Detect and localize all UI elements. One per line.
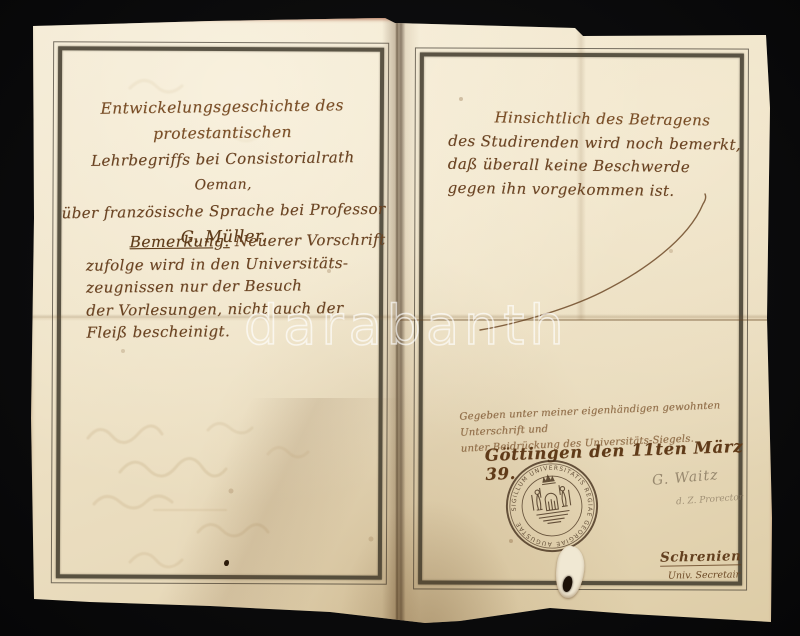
note-line: Fleiß bescheinigt. (86, 318, 404, 344)
title-line: über französische Sprache bei Professor (58, 196, 388, 227)
note-line: Neuerer Vorschrift (235, 231, 386, 251)
secretary-ink-signature-role: Univ. Secretair (668, 569, 740, 581)
note-line: zufolge wird in den Universitäts- (86, 251, 404, 277)
pen-flourish-stroke (460, 188, 720, 348)
note-label: Bemerkung. (129, 232, 229, 251)
university-seal-stamp: SIGILLUM UNIVERSITATIS REGIAE GEORGIAE A… (497, 451, 608, 562)
title-line: Entwickelungsgeschichte des protestantis… (57, 92, 388, 149)
photo-stage: Entwickelungsgeschichte des protestantis… (0, 0, 800, 636)
secretary-ink-signature: Schrenien (660, 548, 742, 566)
ink-bleedthrough-marks (58, 410, 388, 595)
note-first-line: Bemerkung. Neuerer Vorschrift (129, 228, 403, 253)
center-fold-shadow (382, 18, 420, 628)
right-page-fold (576, 20, 586, 320)
center-fold-crease (396, 18, 398, 628)
title-line: Lehrbegriffs bei Consistorialrath (58, 144, 388, 175)
seal-coat-of-arms (529, 472, 573, 525)
horizontal-fold-crease (400, 319, 772, 321)
document-paper: Entwickelungsgeschichte des protestantis… (30, 18, 774, 628)
note-line: zeugnissen nur der Besuch (86, 273, 404, 299)
paragraph-line: Hinsichtlich des Betragens (494, 106, 778, 133)
left-page-note-block: Bemerkung. Neuerer Vorschrift zufolge wi… (85, 228, 404, 344)
foxing-specks (30, 18, 32, 20)
